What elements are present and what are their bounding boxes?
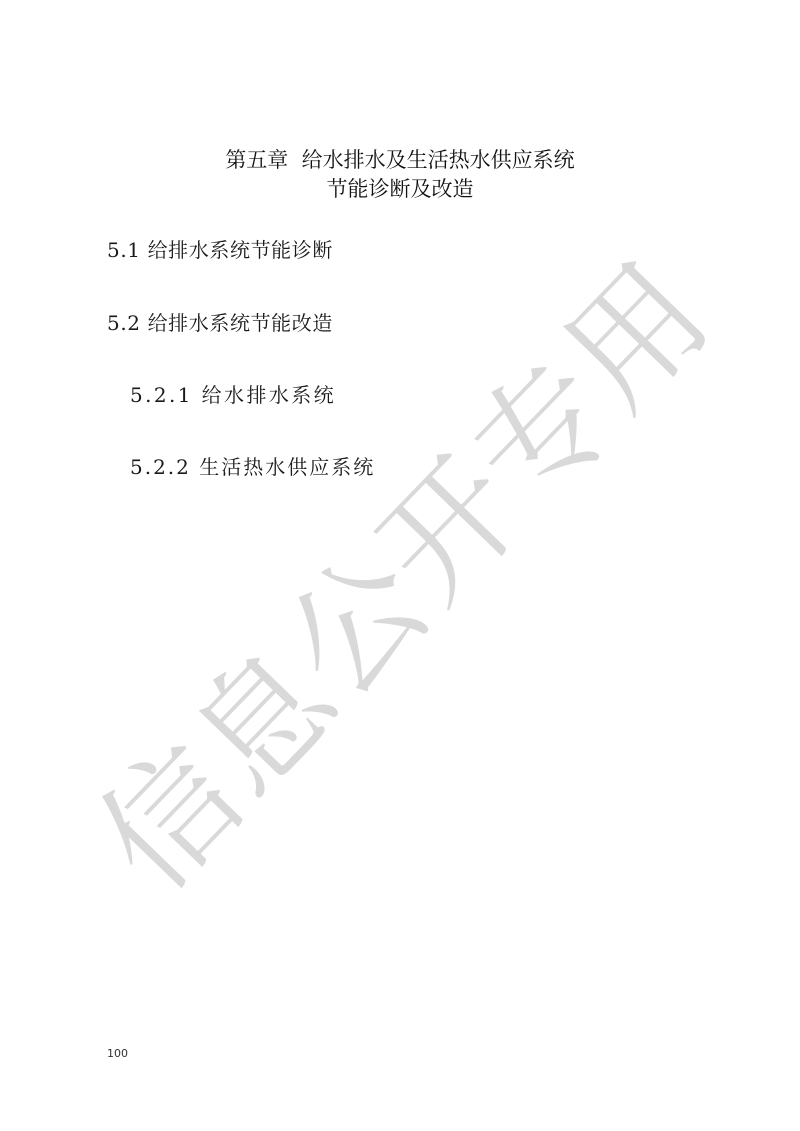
chapter-title: 第五章 给水排水及生活热水供应系统 节能诊断及改造 — [0, 146, 800, 204]
subsection-heading-5-2-1: 5.2.1 给水排水系统 — [130, 382, 336, 408]
watermark-text: 信息公开专用 — [78, 242, 731, 912]
chapter-title-line-1: 第五章 给水排水及生活热水供应系统 — [0, 146, 800, 175]
section-heading-5-2: 5.2 给排水系统节能改造 — [107, 310, 333, 336]
section-heading-5-1: 5.1 给排水系统节能诊断 — [107, 237, 333, 263]
chapter-title-line-2: 节能诊断及改造 — [0, 175, 800, 204]
subsection-heading-5-2-2: 5.2.2 生活热水供应系统 — [130, 454, 375, 480]
page-number: 100 — [107, 1047, 128, 1060]
document-page: 信息公开专用 第五章 给水排水及生活热水供应系统 节能诊断及改造 5.1 给排水… — [0, 0, 800, 1131]
